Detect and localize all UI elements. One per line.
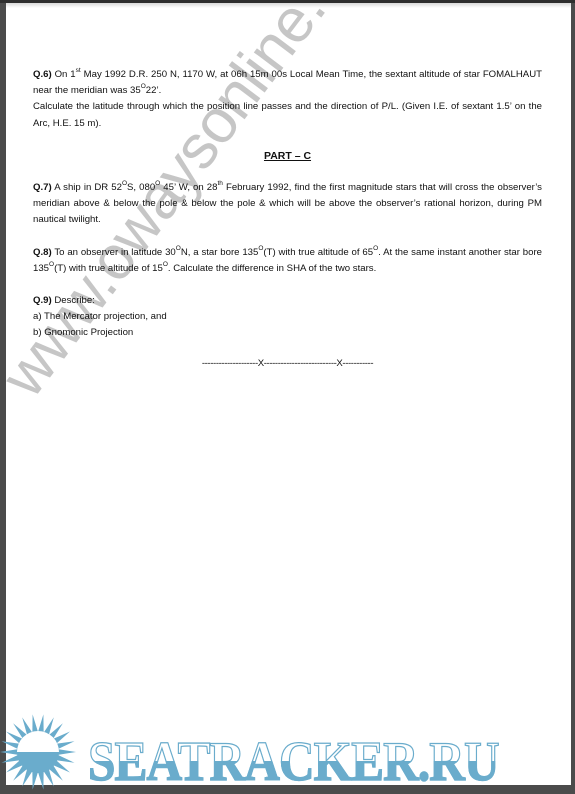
question-6: Q.6) On 1st May 1992 D.R. 250 N, 1170 W,… [33, 67, 542, 132]
question-label: Q.6) [33, 69, 52, 80]
question-label: Q.8) [33, 247, 52, 258]
logo-text: SEATRACKER.RU [88, 734, 499, 790]
list-item: b) Gnomonic Projection [33, 327, 133, 338]
question-label: Q.9) [33, 295, 52, 306]
list-item: a) The Mercator projection, and [33, 311, 167, 322]
question-9: Q.9) Describe: a) The Mercator projectio… [33, 293, 542, 342]
document-page: www.owaysonline.com Q.6) On 1st May 1992… [6, 3, 571, 785]
section-title: PART – C [33, 148, 542, 164]
question-8: Q.8) To an observer in latitude 30ON, a … [33, 245, 542, 277]
sun-icon [0, 712, 90, 794]
end-divider: --------------------X-------------------… [33, 356, 542, 372]
question-7: Q.7) A ship in DR 52OS, 080O 45’ W, on 2… [33, 180, 542, 229]
seatracker-logo: SEATRACKER.RU [0, 712, 575, 794]
document-content: Q.6) On 1st May 1992 D.R. 250 N, 1170 W,… [33, 67, 542, 372]
question-label: Q.7) [33, 182, 52, 193]
